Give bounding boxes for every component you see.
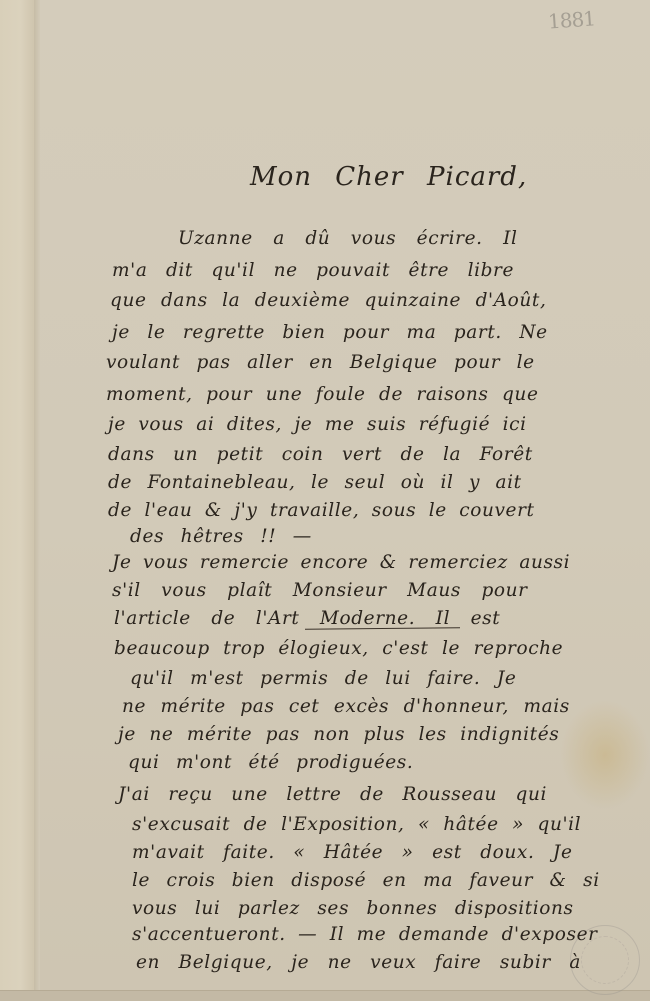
letter-line: de Fontainebleau, le seul où il y ait xyxy=(108,472,522,493)
letter-line: l'article de l'Art Moderne. Il est xyxy=(114,608,500,629)
letter-line: m'a dit qu'il ne pouvait être libre xyxy=(112,260,514,281)
letter-line: m'avait faite. « Hâtée » est doux. Je xyxy=(132,842,573,863)
letter-line: de l'eau & j'y travaille, sous le couver… xyxy=(108,500,535,521)
letter-line: s'il vous plaît Monsieur Maus pour xyxy=(112,580,528,601)
letter-line: ne mérite pas cet excès d'honneur, mais xyxy=(122,696,570,717)
letter-line: des hêtres !! — xyxy=(130,526,312,547)
letter-line: que dans la deuxième quinzaine d'Août, xyxy=(110,290,546,311)
letter-line: je le regrette bien pour ma part. Ne xyxy=(112,322,548,343)
letter-line: beaucoup trop élogieux, c'est le reproch… xyxy=(114,638,563,659)
paper-stain xyxy=(560,700,650,810)
page-bottom-edge xyxy=(0,990,650,1001)
letter-line: qu'il m'est permis de lui faire. Je xyxy=(130,668,516,689)
letter-line: le crois bien disposé en ma faveur & si xyxy=(132,870,600,891)
letter-line: en Belgique, je ne veux faire subir à xyxy=(136,952,581,973)
letter-scan: 1881 Mon Cher Picard, Uzanne a dû vous é… xyxy=(0,0,650,1001)
letter-line: Uzanne a dû vous écrire. Il xyxy=(178,228,518,249)
letter-line: vous lui parlez ses bonnes dispositions xyxy=(132,898,574,919)
salutation: Mon Cher Picard, xyxy=(250,162,527,192)
letter-line: je ne mérite pas non plus les indignités xyxy=(118,724,559,745)
archive-pencil-number: 1881 xyxy=(547,6,595,33)
letter-line: dans un petit coin vert de la Forêt xyxy=(108,444,533,465)
letter-line: moment, pour une foule de raisons que xyxy=(106,384,539,405)
letter-line: J'ai reçu une lettre de Rousseau qui xyxy=(118,784,547,805)
letter-line: je vous ai dites, je me suis réfugié ici xyxy=(108,414,527,435)
letter-line: voulant pas aller en Belgique pour le xyxy=(106,352,535,373)
letter-line: s'accentueront. — Il me demande d'expose… xyxy=(132,924,598,945)
letter-line: qui m'ont été prodiguées. xyxy=(128,752,413,773)
letter-line: s'excusait de l'Exposition, « hâtée » qu… xyxy=(132,814,581,835)
binding-strip xyxy=(0,0,35,1001)
letter-line: Je vous remercie encore & remerciez auss… xyxy=(112,552,570,573)
